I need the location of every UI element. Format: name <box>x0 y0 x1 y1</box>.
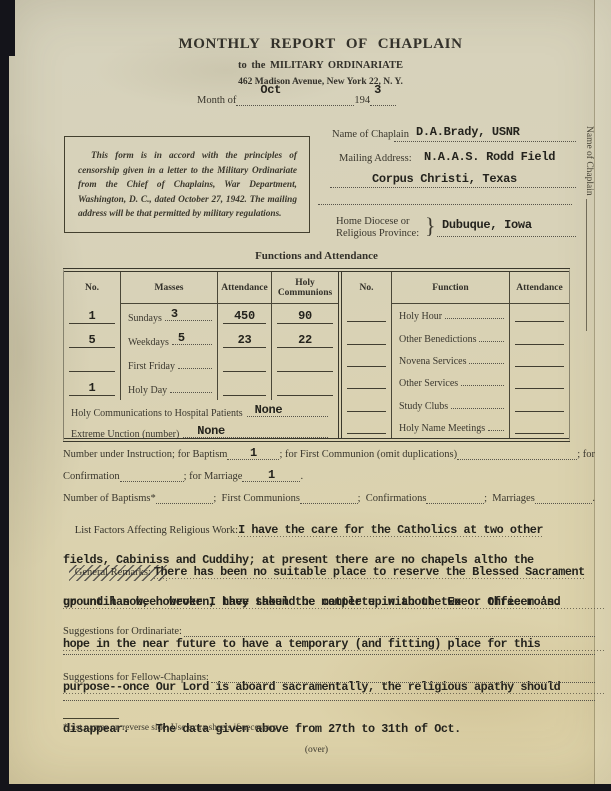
table-row-novena-services: Novena Services <box>342 349 569 371</box>
hospital-label: Holy Communications to Hospital Patients <box>71 408 243 419</box>
table-row-holy-hour: Holy Hour <box>342 304 569 326</box>
month-label: Month of <box>197 95 236 106</box>
first-friday-label: First Friday <box>128 361 175 372</box>
censorship-notice-box: This form is in accord with the principl… <box>64 136 310 233</box>
list-factors-line-1: I have the care for the Catholics at two… <box>238 523 543 537</box>
list-factors-label: List Factors Affecting Religious Work: <box>75 525 238 536</box>
col-header-masses: Masses <box>120 272 218 304</box>
diocese-underline <box>437 222 576 237</box>
general-remarks-line-2: up until now, however I have taken the m… <box>63 595 605 609</box>
scan-edge-notch <box>9 0 15 56</box>
form-subtitle: to the MILITARY ORDINARIATE <box>70 60 571 71</box>
weekdays-count: 5 <box>178 331 185 345</box>
instruction-line-2: Confirmation; for Marriage1. <box>63 471 595 484</box>
sundays-count: 3 <box>171 307 178 321</box>
sundays-label: Sundays <box>128 313 162 324</box>
month-fill: Oct <box>236 95 354 106</box>
table-row-holy-name-meetings: Holy Name Meetings <box>342 416 569 438</box>
month-value: Oct <box>260 83 281 97</box>
suggestions-fellow-chaplains: Suggestions for Fellow-Chaplains: <box>63 672 595 685</box>
year-value: 3 <box>374 83 381 97</box>
table-row-sundays: 1 Sundays 3 450 90 <box>64 304 338 328</box>
unction-label: Extreme Unction (number) <box>71 429 179 440</box>
table-row-other-services: Other Services <box>342 371 569 393</box>
functions-attendance-table: No. Masses Attendance Holy Communions 1 … <box>63 268 570 442</box>
col-header-no: No. <box>64 272 120 304</box>
unction-value: None <box>197 424 225 438</box>
mailing-underline <box>330 174 576 188</box>
edge-vertical-label: Name of Chaplain <box>580 126 596 336</box>
section-title: Functions and Attendance <box>63 250 570 262</box>
holy-day-no: 1 <box>64 381 120 395</box>
hospital-value: None <box>255 403 283 417</box>
table-row-holy-day: 1 Holy Day <box>64 376 338 400</box>
suggestions-ordinariate: Suggestions for Ordinariate: <box>63 626 595 639</box>
fn-col-header-attendance: Attendance <box>510 272 569 304</box>
mailing-address-value: N.A.A.S. Rodd Field <box>424 150 555 164</box>
col-header-communions: Holy Communions <box>272 272 338 304</box>
general-remarks-line-1: There has been no suitable place to rese… <box>154 565 585 579</box>
blank-rule-ordinariate <box>63 640 595 655</box>
home-diocese-label: Home Diocese or Religious Province: <box>336 216 419 240</box>
weekdays-label: Weekdays <box>128 337 169 348</box>
instruction-line-1: Number under Instruction; for Baptism1; … <box>63 449 595 462</box>
name-underline <box>394 127 576 142</box>
suggestions-fellow-label: Suggestions for Fellow-Chaplains: <box>63 672 209 683</box>
form-header: MONTHLY REPORT OF CHAPLAIN to the MILITA… <box>70 36 571 87</box>
scanned-document: MONTHLY REPORT OF CHAPLAIN to the MILITA… <box>0 0 611 791</box>
weekdays-communions: 22 <box>272 333 338 347</box>
masses-subtable: No. Masses Attendance Holy Communions 1 … <box>64 272 342 438</box>
form-address: 462 Madison Avenue, New York 22, N. Y. <box>70 77 571 87</box>
footnote-text: *List names on reverse side. Use extra s… <box>63 723 280 733</box>
mailing-address-label: Mailing Address: <box>339 153 412 164</box>
edge-name-of-chaplain: Name of Chaplain <box>584 126 594 196</box>
sundays-no: 1 <box>64 309 120 323</box>
censorship-notice-text: This form is in accord with the principl… <box>78 149 297 222</box>
table-row-hospital-communions: Holy Communications to Hospital Patients… <box>64 400 338 421</box>
year-prefix: 194 <box>354 95 370 106</box>
blank-rule-fellow <box>63 686 595 701</box>
footnote-rule <box>63 710 119 719</box>
fn-col-header-function: Function <box>392 272 510 304</box>
edge-underline <box>586 199 587 331</box>
table-row-extreme-unction: Extreme Unction (number) None <box>64 421 338 442</box>
functions-subtable: No. Function Attendance Holy Hour Other … <box>342 272 569 438</box>
general-remarks-label: General Remarks: <box>75 567 151 578</box>
year-fill: 3 <box>370 95 396 106</box>
numbers-line: Number of Baptisms*; First Communions; C… <box>63 493 595 506</box>
holy-day-label: Holy Day <box>128 385 167 396</box>
brace-glyph: } <box>425 213 436 239</box>
suggestions-ordinariate-label: Suggestions for Ordinariate: <box>63 626 182 637</box>
table-row-first-friday: First Friday <box>64 352 338 376</box>
sundays-attendance: 450 <box>218 309 271 323</box>
fn-col-header-no: No. <box>342 272 392 304</box>
sundays-communions: 90 <box>272 309 338 323</box>
table-row-other-benedictions: Other Benedictions <box>342 326 569 348</box>
weekdays-attendance: 23 <box>218 333 271 347</box>
table-row-study-clubs: Study Clubs <box>342 393 569 415</box>
col-header-attendance: Attendance <box>218 272 272 304</box>
month-line: Month of Oct 194 3 <box>197 95 396 108</box>
form-title: MONTHLY REPORT OF CHAPLAIN <box>70 36 571 53</box>
weekdays-no: 5 <box>64 333 120 347</box>
baptism-instruction-value: 1 <box>250 446 257 460</box>
over-label: (over) <box>63 745 570 755</box>
table-row-weekdays: 5 Weekdays 5 23 22 <box>64 328 338 352</box>
marriage-instruction-value: 1 <box>268 468 275 482</box>
blank-rule <box>318 190 572 205</box>
